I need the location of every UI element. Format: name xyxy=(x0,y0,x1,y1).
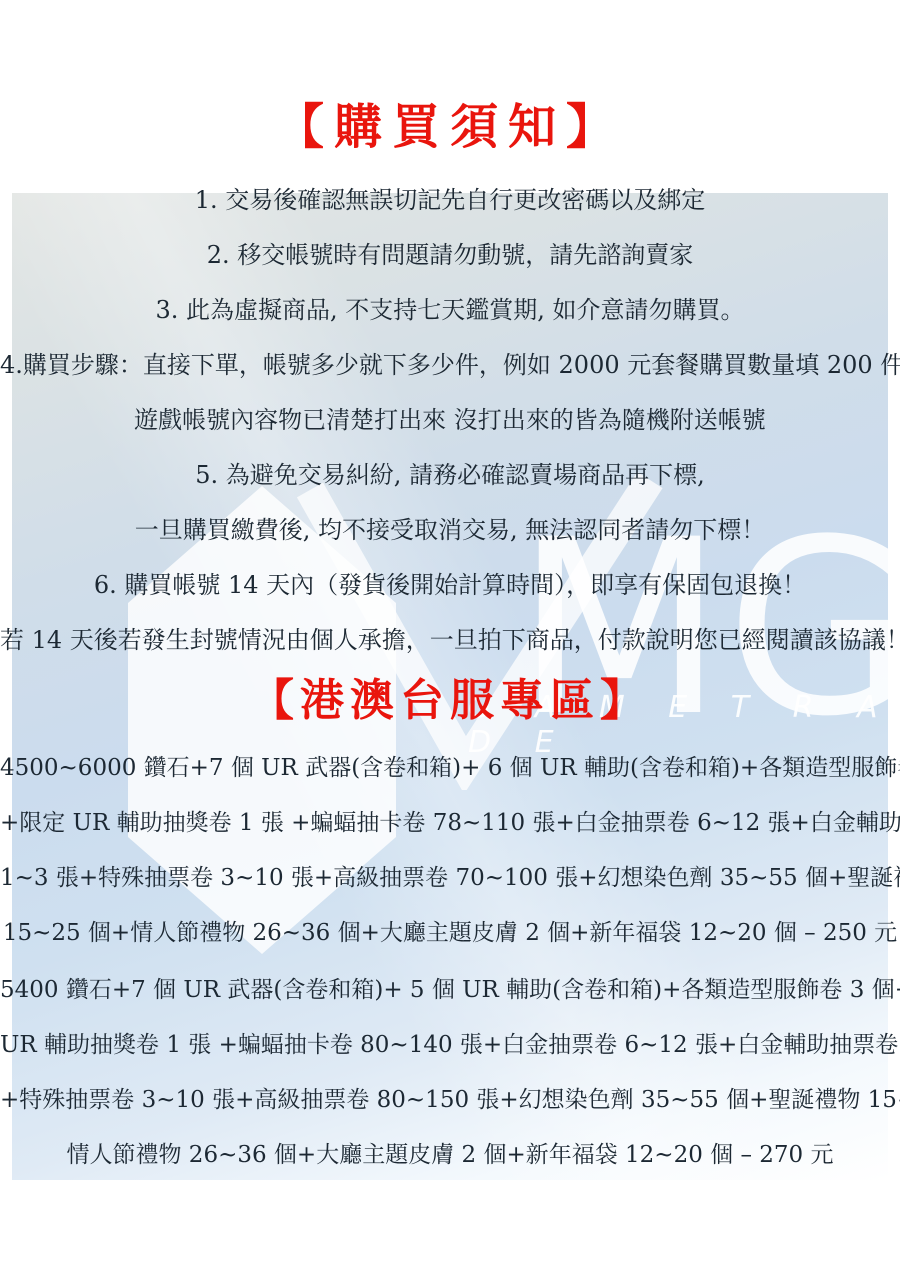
notice-line-1: 1. 交易後確認無誤切記先自行更改密碼以及綁定 xyxy=(0,182,900,218)
notice-line-3: 3. 此為虛擬商品, 不支持七天鑑賞期, 如介意請勿購買。 xyxy=(0,292,900,328)
product-b-line-2: UR 輔助抽獎卷 1 張 +蝙蝠抽卡卷 80~140 張+白金抽票卷 6~12 … xyxy=(0,1027,900,1063)
page-title: 【購買須知】 xyxy=(0,88,900,157)
product-a-line-4: 15~25 個+情人節禮物 26~36 個+大廳主題皮膚 2 個+新年福袋 12… xyxy=(0,915,900,951)
product-a-line-3: 1~3 張+特殊抽票卷 3~10 張+高級抽票卷 70~100 張+幻想染色劑 … xyxy=(0,860,900,896)
notice-line-5b: 一旦購買繳費後, 均不接受取消交易, 無法認同者請勿下標！ xyxy=(0,512,900,548)
notice-line-4b: 遊戲帳號內容物已清楚打出來 沒打出來的皆為隨機附送帳號 xyxy=(0,402,900,438)
notice-line-6b: 若 14 天後若發生封號情況由個人承擔，一旦拍下商品，付款說明您已經閱讀該協議！ xyxy=(0,622,900,658)
product-a-line-1: 4500~6000 鑽石+7 個 UR 武器(含卷和箱)+ 6 個 UR 輔助(… xyxy=(0,750,900,786)
notice-line-5: 5. 為避免交易糾紛, 請務必確認賣場商品再下標, xyxy=(0,457,900,493)
product-b-line-1: 5400 鑽石+7 個 UR 武器(含卷和箱)+ 5 個 UR 輔助(含卷和箱)… xyxy=(0,972,900,1008)
section-title: 【港澳台服專區】 xyxy=(0,664,900,728)
product-b-line-3: +特殊抽票卷 3~10 張+高級抽票卷 80~150 張+幻想染色劑 35~55… xyxy=(0,1082,900,1118)
notice-line-2: 2. 移交帳號時有問題請勿動號，請先諮詢賣家 xyxy=(0,237,900,273)
notice-line-4: 4.購買步驟：直接下單，帳號多少就下多少件，例如 2000 元套餐購買數量填 2… xyxy=(0,347,900,383)
notice-line-6: 6. 購買帳號 14 天內（發貨後開始計算時間），即享有保固包退換！ xyxy=(0,567,900,603)
product-b-line-4: 情人節禮物 26~36 個+大廳主題皮膚 2 個+新年福袋 12~20 個 – … xyxy=(0,1137,900,1173)
product-a-line-2: +限定 UR 輔助抽獎卷 1 張 +蝙蝠抽卡卷 78~110 張+白金抽票卷 6… xyxy=(0,805,900,841)
